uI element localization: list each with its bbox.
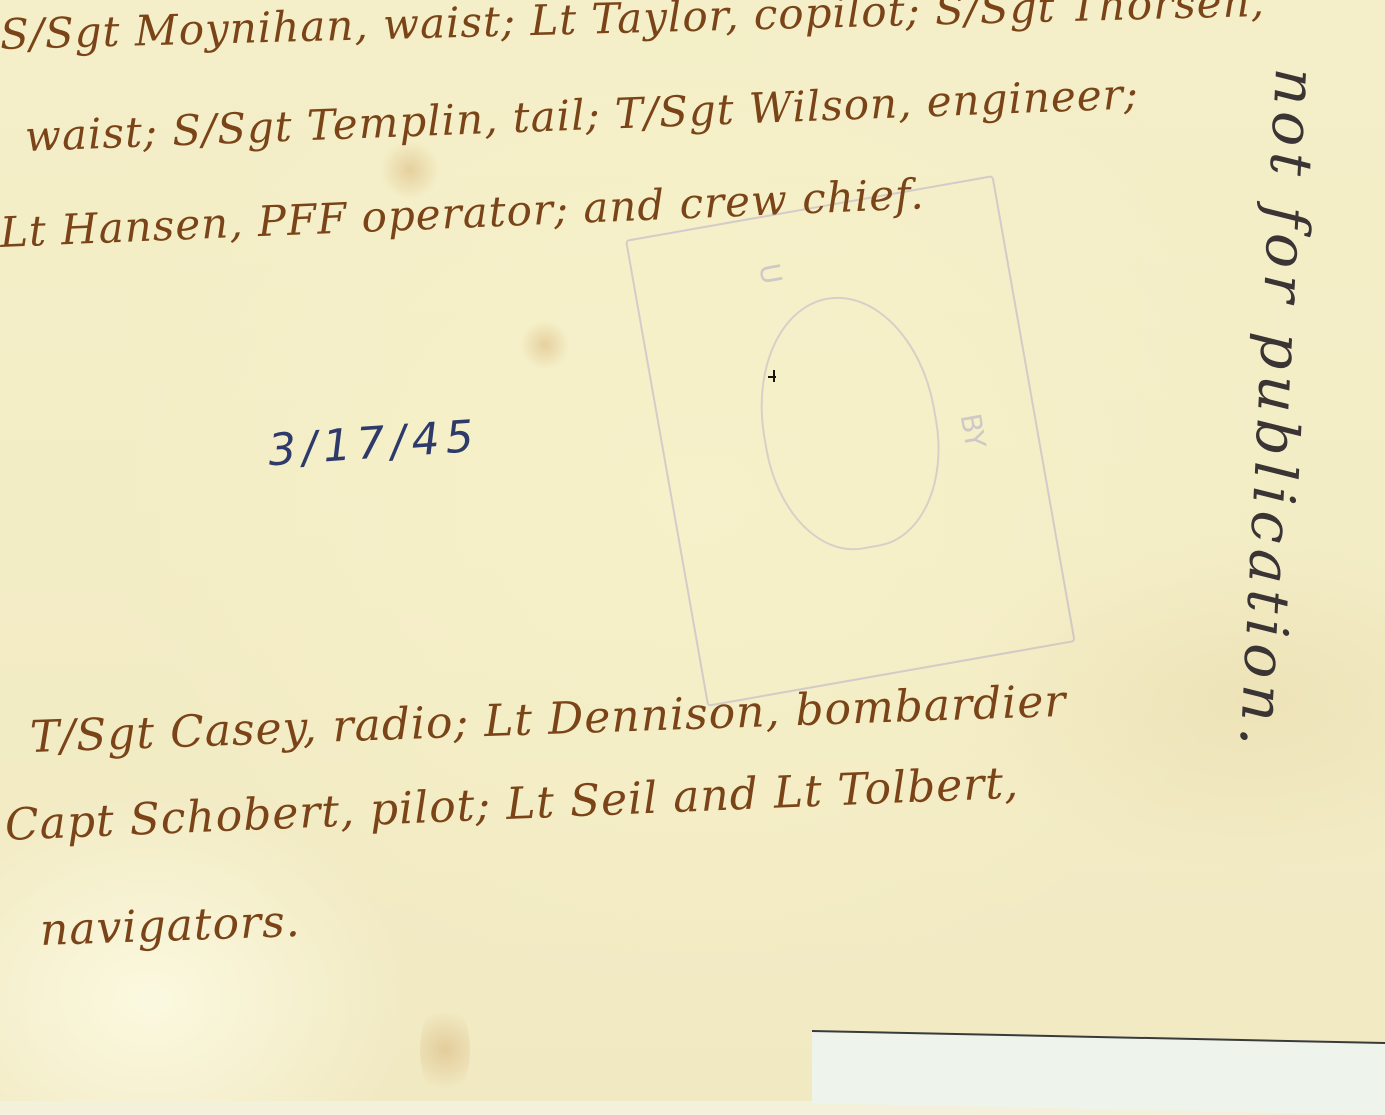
handwritten-date: 3/17/45 <box>266 411 481 477</box>
caption-bottom-line-1: T/Sgt Casey, radio; Lt Dennison, bombard… <box>29 676 1067 763</box>
faded-stamp: U BY <box>625 175 1076 707</box>
stamp-word: BY <box>954 411 993 451</box>
stamp-oval <box>741 283 956 563</box>
caption-top-line-2: waist; S/Sgt Templin, tail; T/Sgt Wilson… <box>24 69 1140 161</box>
caption-top-line-1: S/Sgt Moynihan, waist; Lt Taylor, copilo… <box>0 0 1266 59</box>
water-stain <box>420 1000 470 1100</box>
backing-sheet-corner <box>812 1030 1385 1101</box>
pin-hole-mark <box>768 370 780 382</box>
rust-spot <box>520 320 570 370</box>
photo-back-paper: U BY S/Sgt Moynihan, waist; Lt Taylor, c… <box>0 0 1385 1101</box>
caption-bottom-line-2: Capt Schobert, pilot; Lt Seil and Lt Tol… <box>4 758 1020 851</box>
margin-note-not-for-publication: not for publication. <box>1226 66 1330 754</box>
caption-bottom-line-3: navigators. <box>39 896 301 956</box>
stamp-letter: U <box>752 261 788 287</box>
